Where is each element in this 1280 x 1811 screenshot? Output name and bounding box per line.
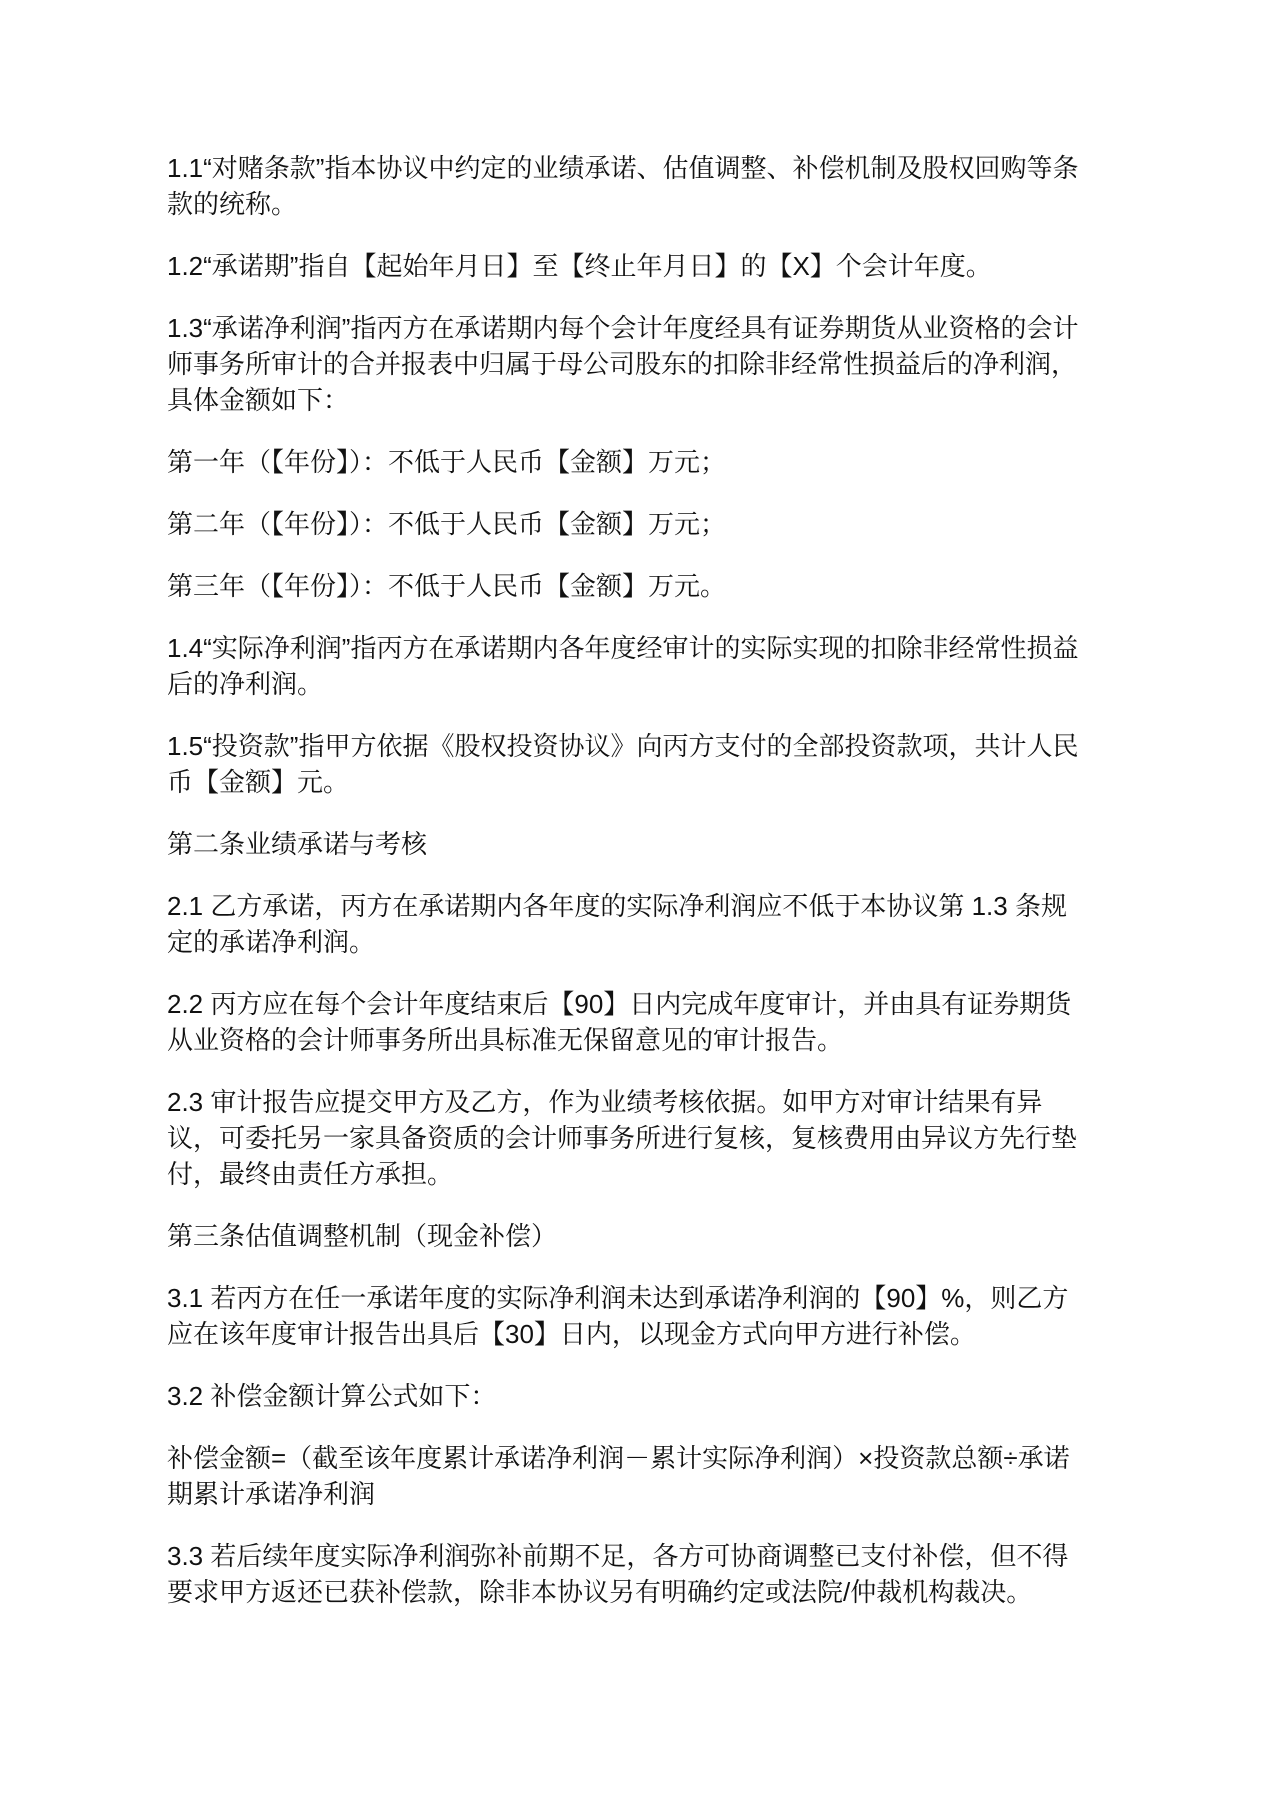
document-page: 1.1“对赌条款”指本协议中约定的业绩承诺、估值调整、补偿机制及股权回购等条款的…: [0, 0, 1280, 1811]
clause-2-2: 2.2 丙方应在每个会计年度结束后【90】日内完成年度审计，并由具有证券期货从业…: [167, 986, 1087, 1058]
clause-1-2: 1.2“承诺期”指自【起始年月日】至【终止年月日】的【X】个会计年度。: [167, 248, 1087, 284]
article-2-heading: 第二条业绩承诺与考核: [167, 826, 1087, 862]
document-content: 1.1“对赌条款”指本协议中约定的业绩承诺、估值调整、补偿机制及股权回购等条款的…: [167, 150, 1087, 1636]
clause-1-1: 1.1“对赌条款”指本协议中约定的业绩承诺、估值调整、补偿机制及股权回购等条款的…: [167, 150, 1087, 222]
compensation-formula: 补偿金额=（截至该年度累计承诺净利润－累计实际净利润）×投资款总额÷承诺期累计承…: [167, 1440, 1087, 1512]
clause-2-3: 2.3 审计报告应提交甲方及乙方，作为业绩考核依据。如甲方对审计结果有异议，可委…: [167, 1084, 1087, 1192]
year-3-commitment: 第三年（【年份】）：不低于人民币【金额】万元。: [167, 568, 1087, 604]
clause-3-3: 3.3 若后续年度实际净利润弥补前期不足，各方可协商调整已支付补偿，但不得要求甲…: [167, 1538, 1087, 1610]
year-1-commitment: 第一年（【年份】）：不低于人民币【金额】万元；: [167, 444, 1087, 480]
clause-3-2: 3.2 补偿金额计算公式如下：: [167, 1378, 1087, 1414]
clause-1-3: 1.3“承诺净利润”指丙方在承诺期内每个会计年度经具有证券期货从业资格的会计师事…: [167, 310, 1087, 418]
year-2-commitment: 第二年（【年份】）：不低于人民币【金额】万元；: [167, 506, 1087, 542]
clause-1-4: 1.4“实际净利润”指丙方在承诺期内各年度经审计的实际实现的扣除非经常性损益后的…: [167, 630, 1087, 702]
clause-3-1: 3.1 若丙方在任一承诺年度的实际净利润未达到承诺净利润的【90】%，则乙方应在…: [167, 1280, 1087, 1352]
clause-2-1: 2.1 乙方承诺，丙方在承诺期内各年度的实际净利润应不低于本协议第 1.3 条规…: [167, 888, 1087, 960]
article-3-heading: 第三条估值调整机制（现金补偿）: [167, 1218, 1087, 1254]
clause-1-5: 1.5“投资款”指甲方依据《股权投资协议》向丙方支付的全部投资款项，共计人民币【…: [167, 728, 1087, 800]
